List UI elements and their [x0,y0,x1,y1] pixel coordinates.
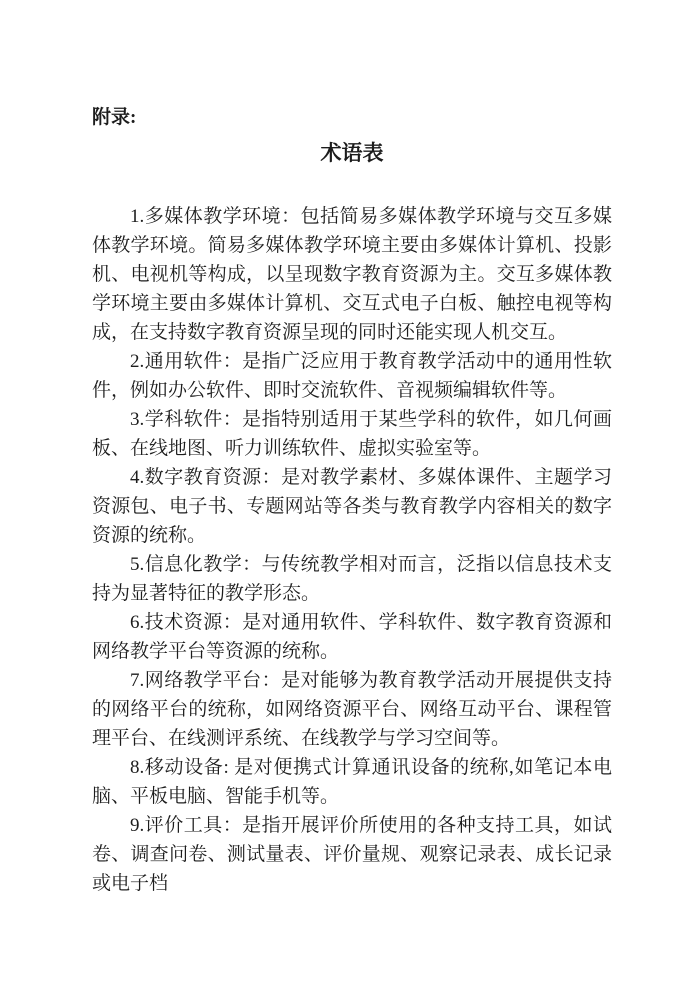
page-content: 附录: 术语表 1.多媒体教学环境：包括简易多媒体教学环境与交互多媒体教学环境。… [92,106,612,898]
glossary-body: 1.多媒体教学环境：包括简易多媒体教学环境与交互多媒体教学环境。简易多媒体教学环… [92,202,612,898]
glossary-item-1: 1.多媒体教学环境：包括简易多媒体教学环境与交互多媒体教学环境。简易多媒体教学环… [92,202,612,347]
page-title: 术语表 [92,140,612,166]
document-page: 附录: 术语表 1.多媒体教学环境：包括简易多媒体教学环境与交互多媒体教学环境。… [0,0,700,993]
appendix-label: 附录: [92,106,612,130]
glossary-item-9: 9.评价工具：是指开展评价所使用的各种支持工具，如试卷、调查问卷、测试量表、评价… [92,811,612,898]
glossary-item-8: 8.移动设备: 是对便携式计算通讯设备的统称,如笔记本电脑、平板电脑、智能手机等… [92,753,612,811]
glossary-item-2: 2.通用软件：是指广泛应用于教育教学活动中的通用性软件，例如办公软件、即时交流软… [92,347,612,405]
glossary-item-4: 4.数字教育资源：是对教学素材、多媒体课件、主题学习资源包、电子书、专题网站等各… [92,463,612,550]
glossary-item-3: 3.学科软件：是指特别适用于某些学科的软件，如几何画板、在线地图、听力训练软件、… [92,405,612,463]
glossary-item-5: 5.信息化教学：与传统教学相对而言，泛指以信息技术支持为显著特征的教学形态。 [92,550,612,608]
glossary-item-7: 7.网络教学平台：是对能够为教育教学活动开展提供支持的网络平台的统称，如网络资源… [92,666,612,753]
glossary-item-6: 6.技术资源：是对通用软件、学科软件、数字教育资源和网络教学平台等资源的统称。 [92,608,612,666]
